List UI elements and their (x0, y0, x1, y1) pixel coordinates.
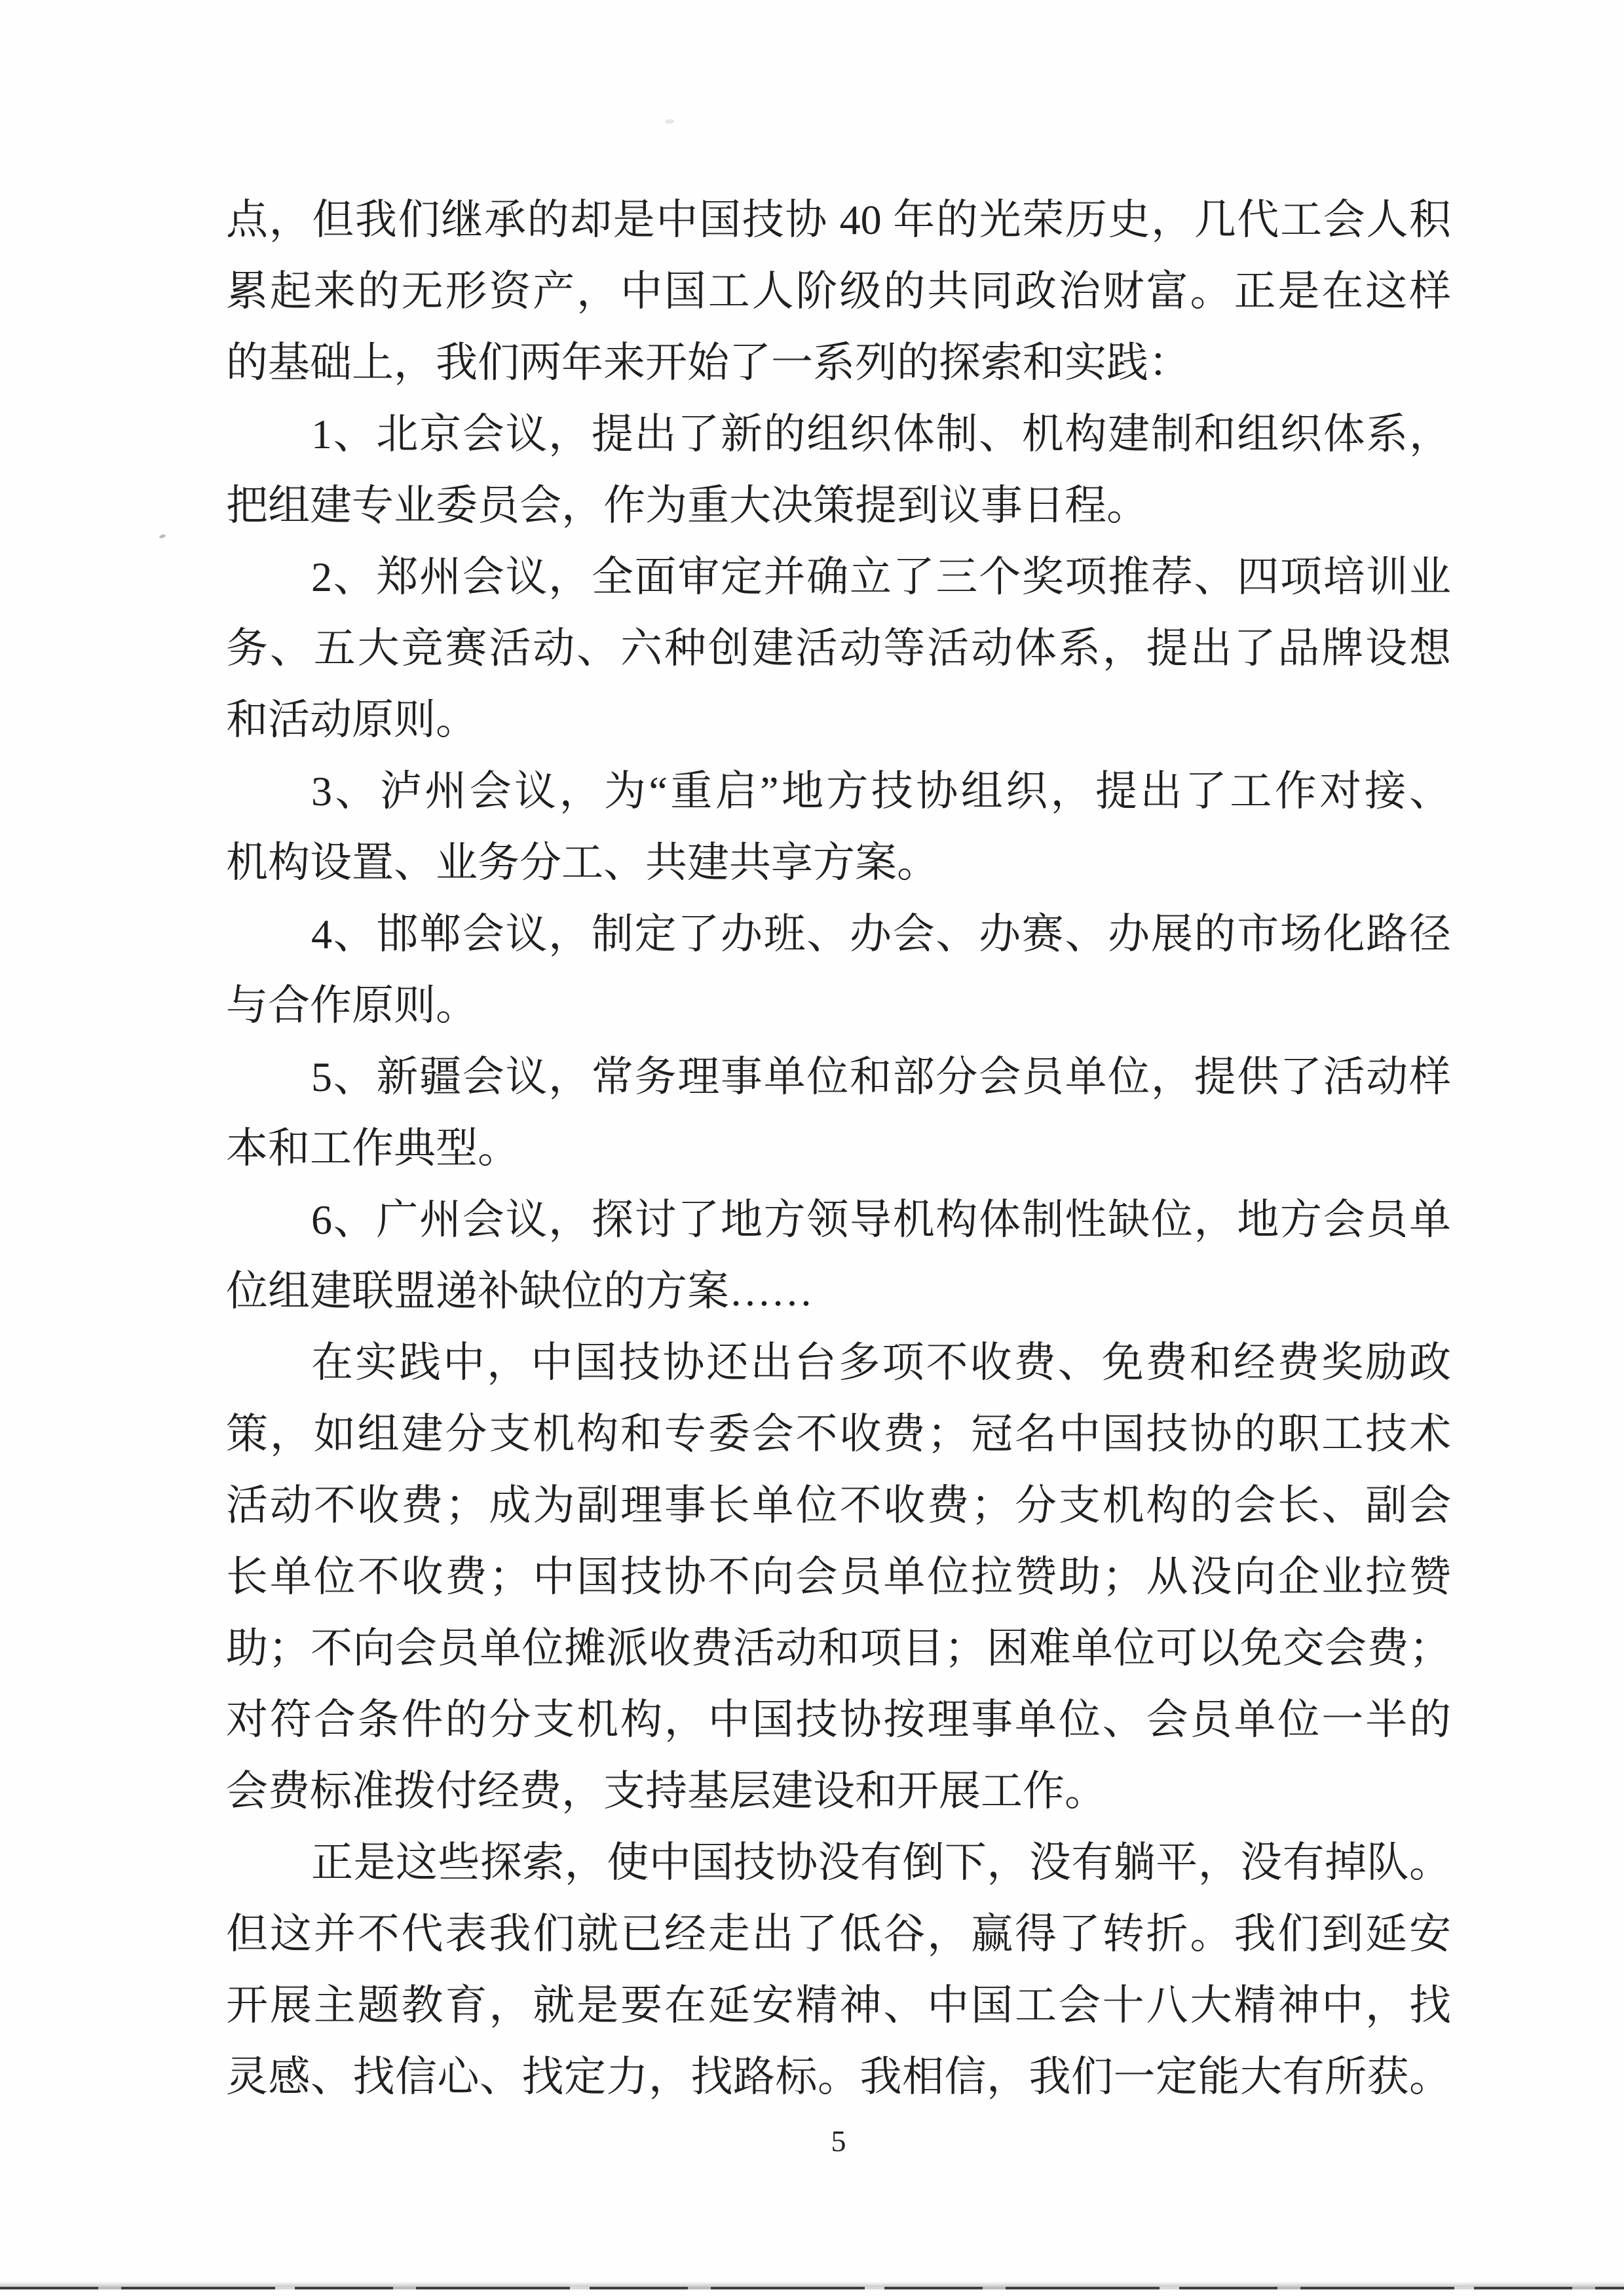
text-line: 4、邯郸会议，制定了办班、办会、办赛、办展的市场化路径 (226, 898, 1451, 970)
scan-speck (159, 534, 166, 539)
text-line: 策，如组建分支机构和专委会不收费；冠名中国技协的职工技术 (226, 1398, 1451, 1470)
text-line: 会费标准拨付经费，支持基层建设和开展工作。 (226, 1755, 1451, 1827)
scan-edge-smear (0, 2282, 1624, 2287)
text-line: 与合作原则。 (226, 970, 1451, 1041)
text-line: 开展主题教育，就是要在延安精神、中国工会十八大精神中，找 (226, 1970, 1451, 2041)
text-line: 务、五大竞赛活动、六种创建活动等活动体系，提出了品牌设想 (226, 613, 1451, 684)
document-body: 点，但我们继承的却是中国技协 40 年的光荣历史，几代工会人积累起来的无形资产，… (226, 184, 1451, 2113)
text-line: 5、新疆会议，常务理事单位和部分会员单位，提供了活动样 (226, 1041, 1451, 1113)
text-line: 助；不向会员单位摊派收费活动和项目；困难单位可以免交会费； (226, 1613, 1451, 1684)
text-line: 的基础上，我们两年来开始了一系列的探索和实践： (226, 327, 1451, 398)
scan-speck (665, 119, 674, 124)
text-line: 活动不收费；成为副理事长单位不收费；分支机构的会长、副会 (226, 1470, 1451, 1541)
scanned-document-page: 点，但我们继承的却是中国技协 40 年的光荣历史，几代工会人积累起来的无形资产，… (0, 0, 1624, 2296)
text-line: 2、郑州会议，全面审定并确立了三个奖项推荐、四项培训业 (226, 541, 1451, 613)
text-line: 1、北京会议，提出了新的组织体制、机构建制和组织体系， (226, 398, 1451, 470)
text-line: 本和工作典型。 (226, 1113, 1451, 1184)
text-line: 长单位不收费；中国技协不向会员单位拉赞助；从没向企业拉赞 (226, 1541, 1451, 1613)
text-line: 6、广州会议，探讨了地方领导机构体制性缺位，地方会员单 (226, 1184, 1451, 1255)
scan-edge-line (0, 2287, 1624, 2289)
text-line: 累起来的无形资产，中国工人阶级的共同政治财富。正是在这样 (226, 256, 1451, 327)
text-line: 位组建联盟递补缺位的方案…… (226, 1255, 1451, 1327)
text-line: 对符合条件的分支机构，中国技协按理事单位、会员单位一半的 (226, 1684, 1451, 1755)
text-line: 机构设置、业务分工、共建共享方案。 (226, 827, 1451, 898)
text-line: 点，但我们继承的却是中国技协 40 年的光荣历史，几代工会人积 (226, 184, 1451, 256)
page-number: 5 (226, 2124, 1451, 2158)
text-line: 但这并不代表我们就已经走出了低谷，赢得了转折。我们到延安 (226, 1898, 1451, 1970)
text-line: 灵感、找信心、找定力，找路标。我相信，我们一定能大有所获。 (226, 2041, 1451, 2113)
text-line: 在实践中，中国技协还出台多项不收费、免费和经费奖励政 (226, 1327, 1451, 1398)
text-line: 3、泸州会议，为“重启”地方技协组织，提出了工作对接、 (226, 756, 1451, 827)
text-line: 和活动原则。 (226, 684, 1451, 756)
text-line: 正是这些探索，使中国技协没有倒下，没有躺平，没有掉队。 (226, 1827, 1451, 1898)
text-line: 把组建专业委员会，作为重大决策提到议事日程。 (226, 470, 1451, 541)
